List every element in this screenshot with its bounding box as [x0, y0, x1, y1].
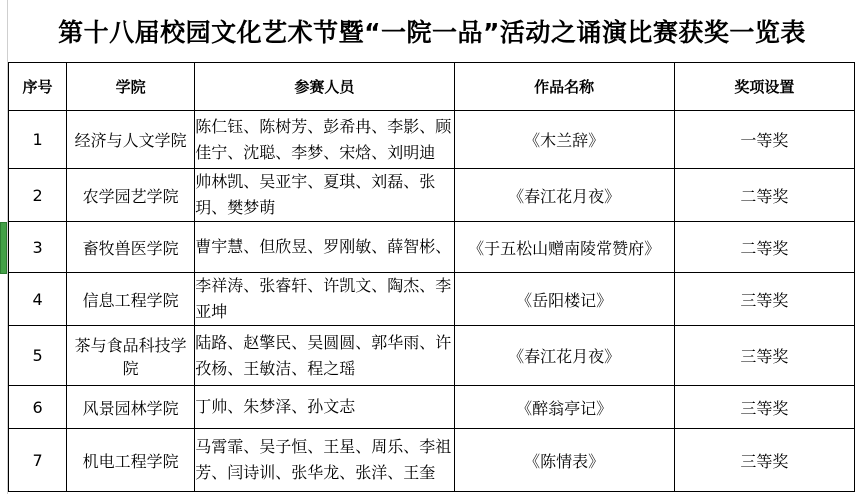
cell-award: 三等奖	[674, 386, 854, 429]
cell-no: 7	[9, 429, 67, 492]
cell-award: 一等奖	[674, 111, 854, 169]
header-work: 作品名称	[454, 63, 674, 111]
table-row: 7 机电工程学院 马霄霏、吴子恒、王星、周乐、李祖芳、闫诗训、张华龙、张洋、王奎…	[9, 429, 855, 492]
spreadsheet-area: 第十八届校园文化艺术节暨“一院一品”活动之诵演比赛获奖一览表 序号 学院 参赛人…	[0, 0, 857, 494]
header-participants: 参赛人员	[195, 63, 454, 111]
cell-work: 《木兰辞》	[454, 111, 674, 169]
header-no: 序号	[9, 63, 67, 111]
cell-no: 2	[9, 169, 67, 222]
cell-participants: 曹宇慧、但欣昱、罗刚敏、薛智彬、	[195, 222, 454, 273]
cell-no: 3	[9, 222, 67, 273]
cell-participants: 李祥涛、张睿轩、许凯文、陶杰、李亚坤	[195, 273, 454, 326]
cell-award: 三等奖	[674, 273, 854, 326]
cell-participants: 马霄霏、吴子恒、王星、周乐、李祖芳、闫诗训、张华龙、张洋、王奎	[195, 429, 454, 492]
cell-award: 二等奖	[674, 222, 854, 273]
cell-no: 5	[9, 326, 67, 386]
table-row: 1 经济与人文学院 陈仁钰、陈树芳、彭希冉、李影、顾佳宁、沈聪、李梦、宋焓、刘明…	[9, 111, 855, 169]
awards-table: 序号 学院 参赛人员 作品名称 奖项设置 1 经济与人文学院 陈仁钰、陈树芳、彭…	[8, 62, 855, 492]
cell-college: 机电工程学院	[67, 429, 195, 492]
cell-work: 《醉翁亭记》	[454, 386, 674, 429]
cell-work: 《春江花月夜》	[454, 326, 674, 386]
cell-college: 风景园林学院	[67, 386, 195, 429]
cell-no: 1	[9, 111, 67, 169]
cell-work: 《春江花月夜》	[454, 169, 674, 222]
cell-work: 《岳阳楼记》	[454, 273, 674, 326]
header-college: 学院	[67, 63, 195, 111]
cell-college: 信息工程学院	[67, 273, 195, 326]
header-row: 序号 学院 参赛人员 作品名称 奖项设置	[9, 63, 855, 111]
cell-college: 经济与人文学院	[67, 111, 195, 169]
cell-work: 《陈情表》	[454, 429, 674, 492]
cell-award: 三等奖	[674, 429, 854, 492]
cell-participants: 帅林凯、吴亚宇、夏琪、刘磊、张玥、樊梦萌	[195, 169, 454, 222]
table-row: 2 农学园艺学院 帅林凯、吴亚宇、夏琪、刘磊、张玥、樊梦萌 《春江花月夜》 二等…	[9, 169, 855, 222]
cell-work: 《于五松山赠南陵常赞府》	[454, 222, 674, 273]
cell-college: 畜牧兽医学院	[67, 222, 195, 273]
table-row: 4 信息工程学院 李祥涛、张睿轩、许凯文、陶杰、李亚坤 《岳阳楼记》 三等奖	[9, 273, 855, 326]
cell-college: 农学园艺学院	[67, 169, 195, 222]
cell-college: 茶与食品科技学院	[67, 326, 195, 386]
cell-no: 4	[9, 273, 67, 326]
table-row: 5 茶与食品科技学院 陆路、赵擎民、吴圆圆、郭华雨、许孜杨、王敏洁、程之瑶 《春…	[9, 326, 855, 386]
header-award: 奖项设置	[674, 63, 854, 111]
table-row: 6 风景园林学院 丁帅、朱梦泽、孙文志 《醉翁亭记》 三等奖	[9, 386, 855, 429]
cell-no: 6	[9, 386, 67, 429]
page-title: 第十八届校园文化艺术节暨“一院一品”活动之诵演比赛获奖一览表	[8, 0, 856, 62]
cell-award: 二等奖	[674, 169, 854, 222]
cell-participants: 陆路、赵擎民、吴圆圆、郭华雨、许孜杨、王敏洁、程之瑶	[195, 326, 454, 386]
cell-participants: 陈仁钰、陈树芳、彭希冉、李影、顾佳宁、沈聪、李梦、宋焓、刘明迪	[195, 111, 454, 169]
row-selection-marker	[0, 222, 7, 274]
cell-participants: 丁帅、朱梦泽、孙文志	[195, 386, 454, 429]
cell-award: 三等奖	[674, 326, 854, 386]
table-row: 3 畜牧兽医学院 曹宇慧、但欣昱、罗刚敏、薛智彬、 《于五松山赠南陵常赞府》 二…	[9, 222, 855, 273]
